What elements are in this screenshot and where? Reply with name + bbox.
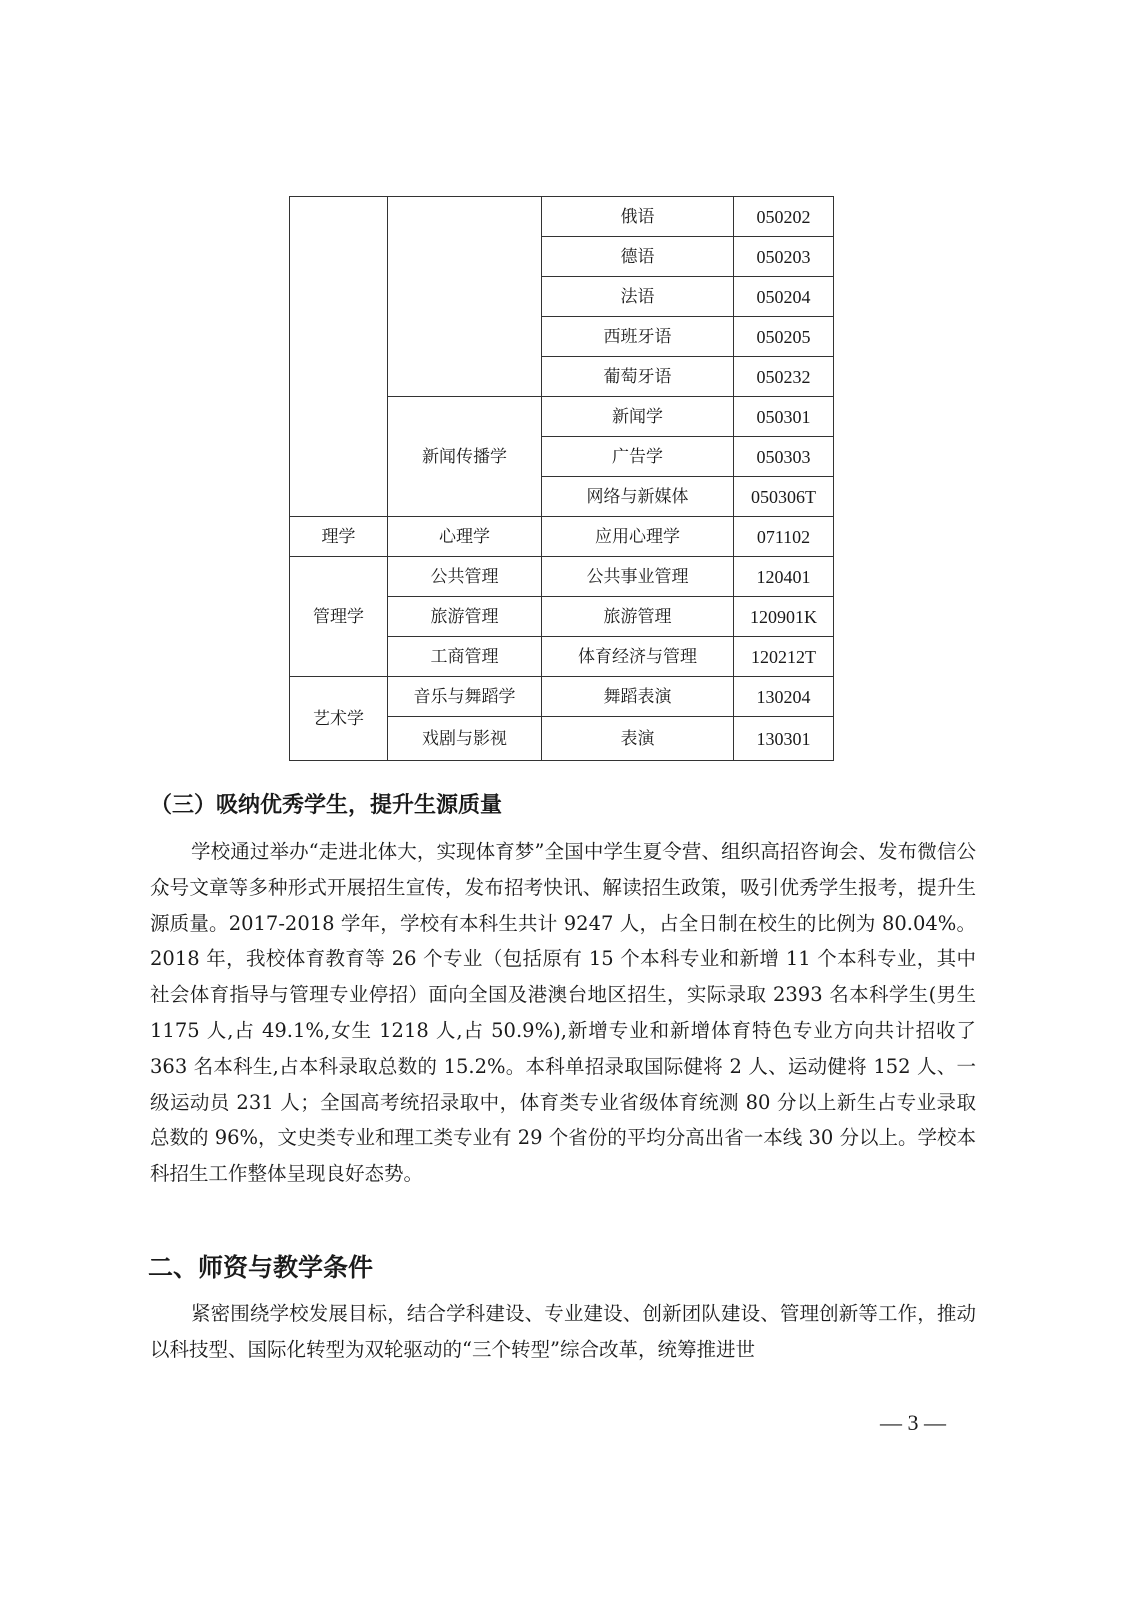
- cell-major: 旅游管理: [542, 597, 734, 637]
- cell-code: 050303: [734, 437, 834, 477]
- cell-major: 广告学: [542, 437, 734, 477]
- section-heading-two: 二、师资与教学条件: [148, 1248, 373, 1284]
- table-row: 理学心理学应用心理学071102: [290, 517, 834, 557]
- table-row: 艺术学音乐与舞蹈学舞蹈表演130204: [290, 677, 834, 717]
- document-page: 俄语050202德语050203法语050204西班牙语050205葡萄牙语05…: [0, 0, 1131, 1600]
- cell-major: 葡萄牙语: [542, 357, 734, 397]
- cell-major: 网络与新媒体: [542, 477, 734, 517]
- cell-sub: 新闻传播学: [388, 397, 542, 517]
- cell-sub: 戏剧与影视: [388, 717, 542, 761]
- cell-major: 体育经济与管理: [542, 637, 734, 677]
- section-heading-3: （三）吸纳优秀学生，提升生源质量: [150, 788, 502, 819]
- cell-code: 071102: [734, 517, 834, 557]
- cell-major: 法语: [542, 277, 734, 317]
- cell-code: 120401: [734, 557, 834, 597]
- cell-sub: 音乐与舞蹈学: [388, 677, 542, 717]
- cell-major: 俄语: [542, 197, 734, 237]
- cell-code: 120212T: [734, 637, 834, 677]
- cell-code: 050301: [734, 397, 834, 437]
- cell-code: 050204: [734, 277, 834, 317]
- cell-major: 新闻学: [542, 397, 734, 437]
- cell-cat: 理学: [290, 517, 388, 557]
- cell-major: 舞蹈表演: [542, 677, 734, 717]
- cell-code: 120901K: [734, 597, 834, 637]
- cell-sub: 心理学: [388, 517, 542, 557]
- cell-sub: 旅游管理: [388, 597, 542, 637]
- table-row: 俄语050202: [290, 197, 834, 237]
- cell-code: 130301: [734, 717, 834, 761]
- majors-table: 俄语050202德语050203法语050204西班牙语050205葡萄牙语05…: [289, 196, 834, 761]
- cell-major: 德语: [542, 237, 734, 277]
- cell-cat: 管理学: [290, 557, 388, 677]
- cell-code: 050205: [734, 317, 834, 357]
- cell-code: 050203: [734, 237, 834, 277]
- cell-major: 西班牙语: [542, 317, 734, 357]
- cell-sub: 工商管理: [388, 637, 542, 677]
- cell-cat: 艺术学: [290, 677, 388, 761]
- table-row: 管理学公共管理公共事业管理120401: [290, 557, 834, 597]
- cell-sub: 公共管理: [388, 557, 542, 597]
- cell-major: 表演: [542, 717, 734, 761]
- cell-major: 公共事业管理: [542, 557, 734, 597]
- section-3-paragraph: 学校通过举办“走进北体大，实现体育梦”全国中学生夏令营、组织高招咨询会、发布微信…: [150, 834, 976, 1192]
- section-two-paragraph: 紧密围绕学校发展目标，结合学科建设、专业建设、创新团队建设、管理创新等工作，推动…: [150, 1296, 976, 1368]
- cell-sub: [388, 197, 542, 397]
- cell-cat: [290, 197, 388, 517]
- cell-code: 130204: [734, 677, 834, 717]
- page-number: — 3 —: [880, 1410, 946, 1436]
- cell-code: 050202: [734, 197, 834, 237]
- cell-code: 050232: [734, 357, 834, 397]
- cell-code: 050306T: [734, 477, 834, 517]
- cell-major: 应用心理学: [542, 517, 734, 557]
